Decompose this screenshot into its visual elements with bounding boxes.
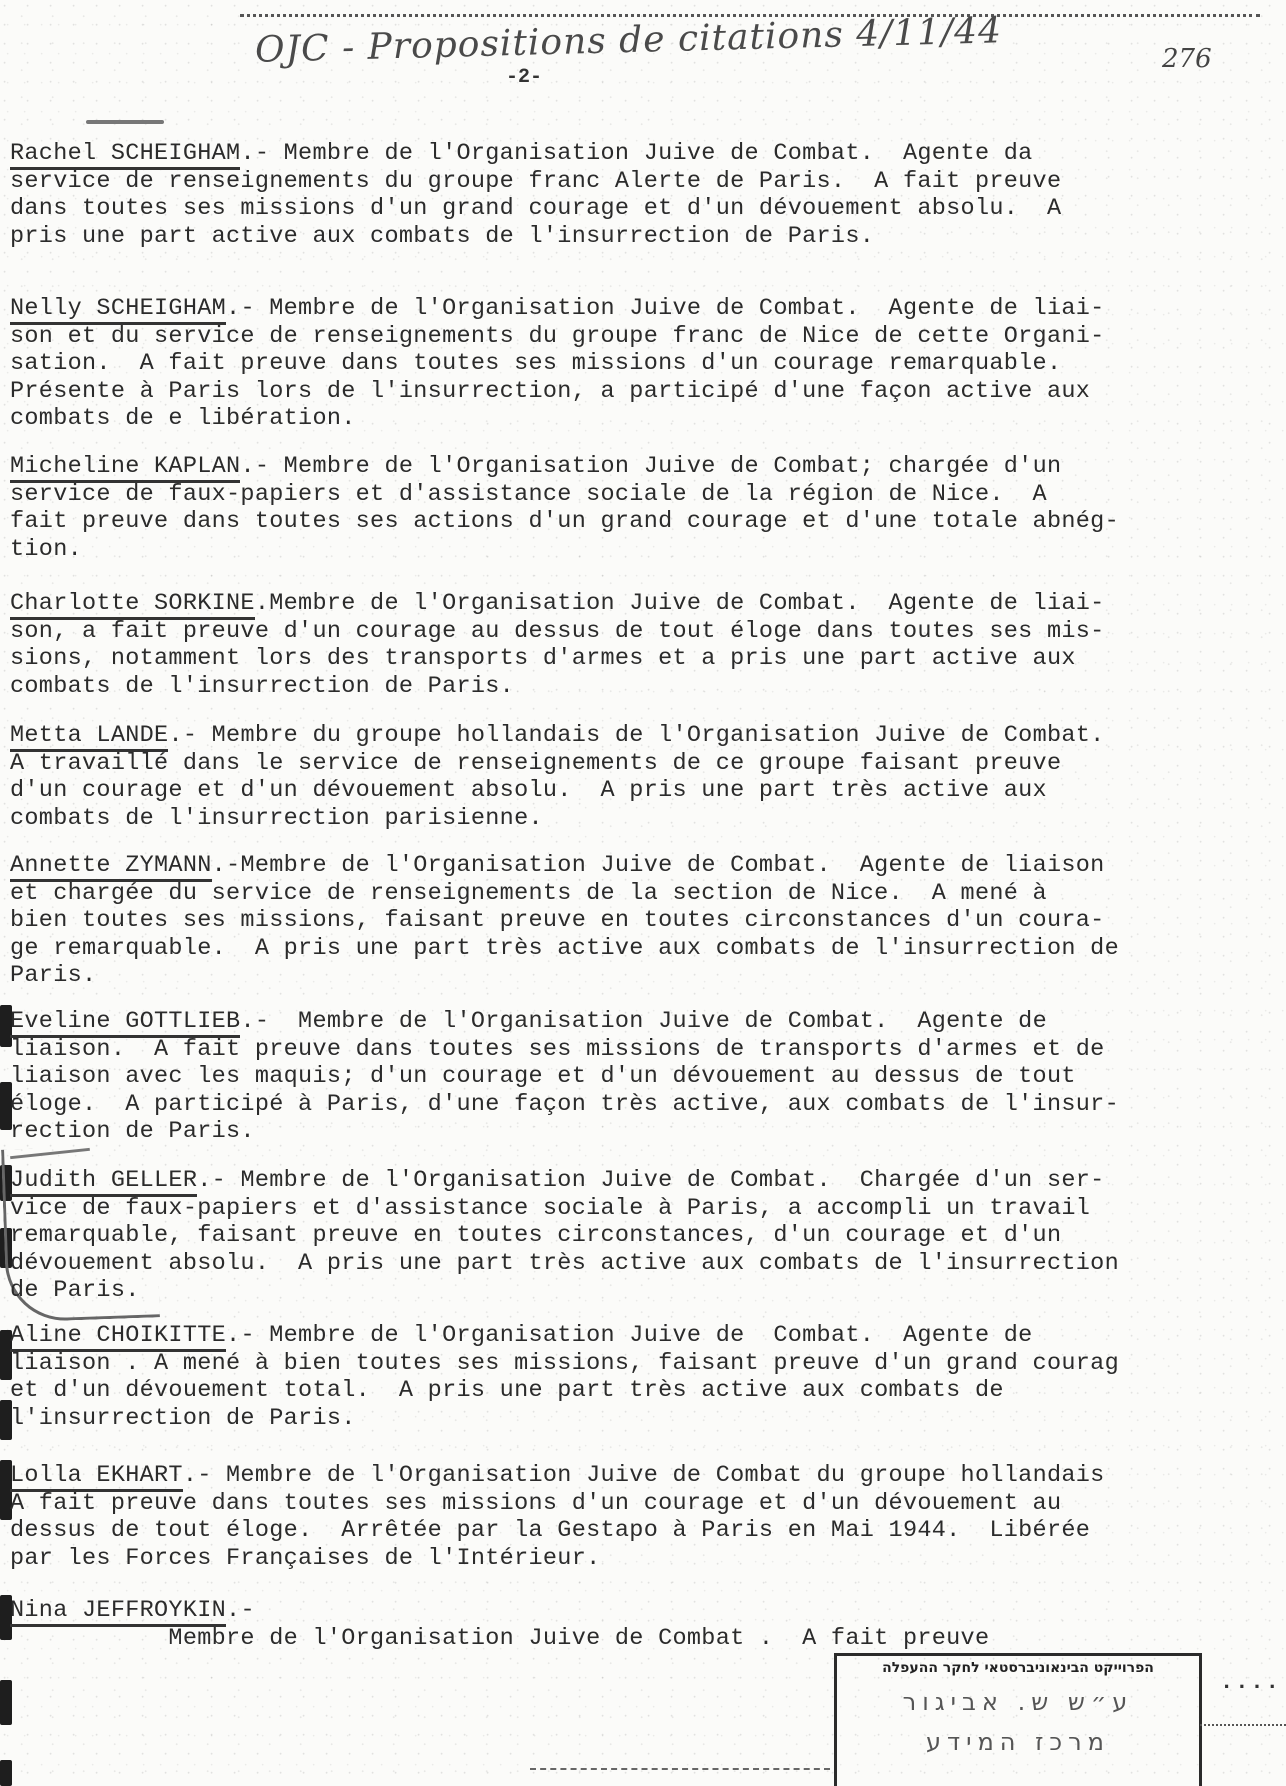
citation-line: d'un courage et d'un dévouement absolu. … [10, 777, 1270, 805]
continuation-dots: .... [1220, 1670, 1281, 1695]
short-rule [86, 120, 164, 124]
person-name: Judith GELLER [10, 1167, 197, 1197]
citation-line: Micheline KAPLAN.- Membre de l'Organisat… [10, 453, 1270, 481]
citation-line: dans toutes ses missions d'un grand cour… [10, 195, 1270, 223]
citation-line: service de faux-papiers et d'assistance … [10, 481, 1270, 509]
citation-text: .- Membre de l'Organisation Juive de Com… [240, 140, 1032, 167]
citation-line: Aline CHOIKITTE.- Membre de l'Organisati… [10, 1322, 1270, 1350]
citation-line: bien toutes ses missions, faisant preuve… [10, 907, 1270, 935]
citation-entry: Rachel SCHEIGHAM.- Membre de l'Organisat… [10, 140, 1270, 250]
citation-line: Présente à Paris lors de l'insurrection,… [10, 378, 1270, 406]
citation-line: Nina JEFFROYKIN.- [10, 1597, 1270, 1625]
citation-line: par les Forces Françaises de l'Intérieur… [10, 1545, 1270, 1573]
citation-line: Annette ZYMANN.-Membre de l'Organisation… [10, 852, 1270, 880]
citation-text: .Membre de l'Organisation Juive de Comba… [255, 590, 1105, 617]
citation-text: .- Membre de l'Organisation Juive de Com… [226, 1322, 1033, 1349]
person-name: Rachel SCHEIGHAM [10, 140, 240, 170]
person-name: Eveline GOTTLIEB [10, 1008, 240, 1038]
citation-entry: Lolla EKHART.- Membre de l'Organisation … [10, 1462, 1270, 1572]
person-name: Nelly SCHEIGHAM [10, 295, 226, 325]
citation-line: combats de l'insurrection parisienne. [10, 805, 1270, 833]
citation-entry: Judith GELLER.- Membre de l'Organisation… [10, 1167, 1270, 1305]
citation-line: Membre de l'Organisation Juive de Combat… [10, 1625, 1270, 1653]
citation-text: .- Membre du groupe hollandais de l'Orga… [168, 722, 1104, 749]
citation-line: Nelly SCHEIGHAM.- Membre de l'Organisati… [10, 295, 1270, 323]
citation-line: service de renseignements du groupe fran… [10, 168, 1270, 196]
citation-line: éloge. A participé à Paris, d'une façon … [10, 1091, 1270, 1119]
citation-line: Judith GELLER.- Membre de l'Organisation… [10, 1167, 1270, 1195]
citation-line: pris une part active aux combats de l'in… [10, 223, 1270, 251]
stamp-line-3: מרכז המידע [837, 1728, 1199, 1756]
citation-line: tion. [10, 536, 1270, 564]
person-name: Annette ZYMANN [10, 852, 212, 882]
citation-text: .-Membre de l'Organisation Juive de Comb… [212, 852, 1105, 879]
citation-text: .- Membre de l'Organisation Juive de Com… [240, 453, 1061, 480]
handwritten-title: OJC - Propositions de citations 4/11/44 [255, 10, 1003, 71]
citation-entry: Micheline KAPLAN.- Membre de l'Organisat… [10, 453, 1270, 563]
margin-mark [0, 1760, 12, 1786]
person-name: Lolla EKHART [10, 1462, 183, 1492]
citation-entry: Aline CHOIKITTE.- Membre de l'Organisati… [10, 1322, 1270, 1432]
stamp-line-2: ע״ש ש. אביגור [837, 1688, 1199, 1716]
citation-entry: Annette ZYMANN.-Membre de l'Organisation… [10, 852, 1270, 990]
citation-line: ge remarquable. A pris une part très act… [10, 935, 1270, 963]
person-name: Aline CHOIKITTE [10, 1322, 226, 1352]
citation-line: remarquable, faisant preuve en toutes ci… [10, 1222, 1270, 1250]
page-number: -2- [506, 66, 542, 89]
citation-line: A fait preuve dans toutes ses missions d… [10, 1490, 1270, 1518]
citation-line: Paris. [10, 962, 1270, 990]
citation-line: son, a fait preuve d'un courage au dessu… [10, 618, 1270, 646]
citation-line: liaison. A fait preuve dans toutes ses m… [10, 1036, 1270, 1064]
person-name: Nina JEFFROYKIN [10, 1597, 226, 1627]
citation-line: l'insurrection de Paris. [10, 1405, 1270, 1433]
citation-line: combats de e libération. [10, 405, 1270, 433]
citation-text: .- Membre de l'Organisation Juive de Com… [197, 1167, 1104, 1194]
citation-line: fait preuve dans toutes ses actions d'un… [10, 508, 1270, 536]
citation-entry: Charlotte SORKINE.Membre de l'Organisati… [10, 590, 1270, 700]
citation-line: rection de Paris. [10, 1118, 1270, 1146]
person-name: Metta LANDE [10, 722, 168, 752]
archive-stamp: הפרוייקט הבינאוניברסטאי לחקר ההעפלה ע״ש … [834, 1653, 1202, 1786]
bottom-rule [530, 1768, 830, 1770]
citation-line: dévouement absolu. A pris une part très … [10, 1250, 1270, 1278]
citation-line: Rachel SCHEIGHAM.- Membre de l'Organisat… [10, 140, 1270, 168]
citation-line: sation. A fait preuve dans toutes ses mi… [10, 350, 1270, 378]
folio-number: 276 [1162, 44, 1212, 74]
citation-line: combats de l'insurrection de Paris. [10, 673, 1270, 701]
citation-line: vice de faux-papiers et d'assistance soc… [10, 1195, 1270, 1223]
citation-line: liaison . A mené à bien toutes ses missi… [10, 1350, 1270, 1378]
stamp-line-1: הפרוייקט הבינאוניברסטאי לחקר ההעפלה [837, 1660, 1199, 1676]
citation-line: son et du service de renseignements du g… [10, 323, 1270, 351]
citation-entry: Metta LANDE.- Membre du groupe hollandai… [10, 722, 1270, 832]
citation-entry: Nina JEFFROYKIN.- Membre de l'Organisati… [10, 1597, 1270, 1652]
citation-line: Charlotte SORKINE.Membre de l'Organisati… [10, 590, 1270, 618]
citation-entry: Nelly SCHEIGHAM.- Membre de l'Organisati… [10, 295, 1270, 433]
citation-line: liaison avec les maquis; d'un courage et… [10, 1063, 1270, 1091]
citation-line: A travaillé dans le service de renseigne… [10, 750, 1270, 778]
citation-line: Lolla EKHART.- Membre de l'Organisation … [10, 1462, 1270, 1490]
person-name: Micheline KAPLAN [10, 453, 240, 483]
citation-line: et chargée du service de renseignements … [10, 880, 1270, 908]
citation-line: et d'un dévouement total. A pris une par… [10, 1377, 1270, 1405]
citation-line: dessus de tout éloge. Arrêtée par la Ges… [10, 1517, 1270, 1545]
citation-line: sions, notamment lors des transports d'a… [10, 645, 1270, 673]
citation-line: de Paris. [10, 1277, 1270, 1305]
citation-text: .- Membre de l'Organisation Juive de Com… [240, 1008, 1047, 1035]
dotted-rule [1200, 1724, 1286, 1726]
person-name: Charlotte SORKINE [10, 590, 255, 620]
margin-mark [0, 1680, 12, 1725]
citation-line: Eveline GOTTLIEB.- Membre de l'Organisat… [10, 1008, 1270, 1036]
citation-entry: Eveline GOTTLIEB.- Membre de l'Organisat… [10, 1008, 1270, 1146]
citation-text: .- Membre de l'Organisation Juive de Com… [183, 1462, 1105, 1489]
citation-text: .- Membre de l'Organisation Juive de Com… [226, 295, 1105, 322]
citation-text: .- [226, 1597, 255, 1624]
citation-line: Metta LANDE.- Membre du groupe hollandai… [10, 722, 1270, 750]
